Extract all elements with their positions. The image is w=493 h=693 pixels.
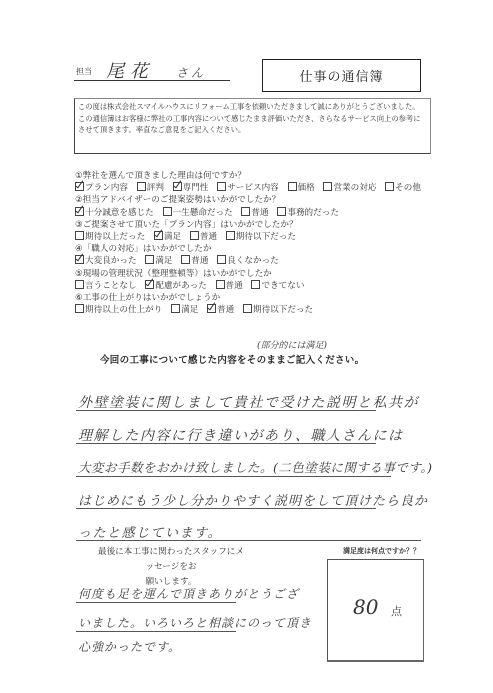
option-label: 営業の対応 bbox=[333, 183, 376, 193]
option[interactable]: プラン内容 bbox=[75, 182, 128, 194]
option[interactable]: その他 bbox=[385, 182, 421, 194]
checkbox[interactable] bbox=[75, 231, 84, 240]
option[interactable]: 普通 bbox=[190, 231, 217, 243]
option-label: 満足 bbox=[164, 232, 181, 242]
intro-line: この通信簿はお客様に弊社の工事内容について感じたまま評価いただき、さらなるサービ… bbox=[78, 113, 427, 125]
question-6: ⑥工事の仕上がりはいかがでしょうか bbox=[75, 292, 427, 304]
intro-box: この度は株式会社スマイルハウスにリフォーム工事を依頼いただきまして誠にありがとう… bbox=[74, 98, 431, 154]
staff-message-prompt: 最後に本工事に関わったスタッフにメッセージをお 願いします。 bbox=[96, 545, 246, 590]
question-2: ②担当アドバイザーのご提案姿勢はいかがでしたか？ bbox=[75, 194, 427, 206]
comment-underline bbox=[76, 476, 391, 477]
satisfaction-label: 満足度は何点ですか？？ bbox=[343, 546, 420, 556]
option[interactable]: 期待以上だった bbox=[75, 231, 145, 243]
checkbox-checked[interactable] bbox=[145, 280, 154, 289]
question-4-options: 大変良かった 満足 普通 良くなかった bbox=[75, 255, 427, 267]
checkbox[interactable] bbox=[385, 182, 394, 191]
option[interactable]: 期待以上の仕上がり bbox=[75, 304, 162, 316]
comment-line[interactable]: 理解した内容に行き違いがあり、職人さんには bbox=[78, 425, 404, 445]
satisfaction-unit: 点 bbox=[391, 603, 402, 619]
checkbox[interactable] bbox=[277, 207, 286, 216]
option-label: 満足 bbox=[155, 256, 172, 266]
option-label: プラン内容 bbox=[85, 183, 128, 193]
option-label: 評判 bbox=[147, 183, 164, 193]
checkbox-checked[interactable] bbox=[75, 182, 84, 191]
question-3-options: 期待以上だった 満足 普通 期待以下だった bbox=[75, 231, 427, 243]
survey-questions: ①弊社を選んで頂きました理由は何ですか？ プラン内容 評判 専門性 サービス内容… bbox=[75, 170, 427, 316]
option[interactable]: 評判 bbox=[137, 182, 164, 194]
option[interactable]: 普通 bbox=[207, 304, 234, 316]
option-label: 期待以上だった bbox=[85, 232, 145, 242]
option[interactable]: 一生懸命だった bbox=[163, 207, 233, 219]
option-label: 一生懸命だった bbox=[173, 208, 233, 218]
question-2-options: 十分誠意を感じた 一生懸命だった 普通 事務的だった bbox=[75, 207, 427, 219]
message-line[interactable]: 心強かったです。 bbox=[78, 638, 181, 655]
checkbox[interactable] bbox=[288, 182, 297, 191]
option[interactable]: 期待以下だった bbox=[243, 304, 313, 316]
option-label: 事務的だった bbox=[287, 208, 339, 218]
option-label: 十分誠意を感じた bbox=[85, 208, 154, 218]
option[interactable]: 良くなかった bbox=[217, 255, 279, 267]
checkbox[interactable] bbox=[137, 182, 146, 191]
option-label: サービス内容 bbox=[227, 183, 279, 193]
question-3: ③ご提案させて頂いた「プラン内容」はいかがでしたか？ bbox=[75, 219, 427, 231]
option-label: できてない bbox=[261, 281, 304, 291]
option[interactable]: できてない bbox=[251, 280, 304, 292]
option[interactable]: サービス内容 bbox=[217, 182, 279, 194]
option[interactable]: 営業の対応 bbox=[323, 182, 376, 194]
option[interactable]: 専門性 bbox=[173, 182, 209, 194]
message-line[interactable]: 何度も足を運んで頂きありがとうござ bbox=[78, 585, 299, 602]
option[interactable]: 十分誠意を感じた bbox=[75, 207, 154, 219]
checkbox[interactable] bbox=[171, 304, 180, 313]
staff-label: 担当 bbox=[76, 66, 92, 77]
question-6-options: 期待以上の仕上がり 満足 普通 期待以下だった bbox=[75, 304, 427, 316]
comment-line[interactable]: 大変お手数をおかけ致しました。(二色塗装に関する事です。) bbox=[78, 458, 433, 476]
option[interactable]: 事務的だった bbox=[277, 207, 339, 219]
option[interactable]: 満足 bbox=[145, 255, 172, 267]
question-5: ⑤現場の管理状況（整理整頓等）はいかがでしたか bbox=[75, 268, 427, 280]
option-label: その他 bbox=[395, 183, 421, 193]
checkbox[interactable] bbox=[190, 231, 199, 240]
option-label: 大変良かった bbox=[85, 256, 137, 266]
checkbox-checked[interactable] bbox=[75, 207, 84, 216]
comment-line[interactable]: 外壁塗装に関しまして貴社で受けた説明と私共が bbox=[78, 392, 419, 412]
option[interactable]: 価格 bbox=[288, 182, 315, 194]
option-label: 良くなかった bbox=[227, 256, 279, 266]
checkbox[interactable] bbox=[243, 304, 252, 313]
option[interactable]: 普通 bbox=[241, 207, 268, 219]
checkbox[interactable] bbox=[181, 255, 190, 264]
option[interactable]: 普通 bbox=[181, 255, 208, 267]
checkbox[interactable] bbox=[251, 280, 260, 289]
message-underline bbox=[76, 602, 236, 603]
question-5-options: 言うことなし 配慮があった 普通 できてない bbox=[75, 280, 427, 292]
checkbox[interactable] bbox=[323, 182, 332, 191]
checkbox[interactable] bbox=[217, 182, 226, 191]
option-label: 普通 bbox=[191, 256, 208, 266]
option-label: 期待以上の仕上がり bbox=[85, 305, 162, 315]
message-underline bbox=[76, 631, 236, 632]
question-1: ①弊社を選んで頂きました理由は何ですか？ bbox=[75, 170, 427, 182]
staff-name: 尾花 bbox=[106, 57, 154, 83]
option-label: 普通 bbox=[226, 281, 243, 291]
message-line[interactable]: いました。いろいろと相談にのって頂き bbox=[78, 614, 312, 631]
option-label: 専門性 bbox=[183, 183, 209, 193]
intro-line: させて頂きます。率直なご意見をご記入ください。 bbox=[78, 124, 427, 136]
document-title: 仕事の通信簿 bbox=[262, 59, 421, 92]
option-label: 普通 bbox=[251, 208, 268, 218]
checkbox[interactable] bbox=[226, 231, 235, 240]
comment-line[interactable]: ったと感じています。 bbox=[78, 522, 222, 541]
checkbox[interactable] bbox=[217, 255, 226, 264]
option[interactable]: 満足 bbox=[171, 304, 198, 316]
checkbox[interactable] bbox=[75, 280, 84, 289]
option-label: 配慮があった bbox=[155, 281, 206, 291]
prompt-line: 最後に本工事に関わったスタッフにメッセージをお bbox=[96, 545, 246, 575]
option[interactable]: 普通 bbox=[216, 280, 243, 292]
handwritten-note: (部分的には満足) bbox=[257, 338, 327, 351]
option-label: 普通 bbox=[200, 232, 217, 242]
document-title-text: 仕事の通信簿 bbox=[299, 66, 383, 85]
staff-suffix: さん bbox=[176, 64, 206, 81]
option[interactable]: 言うことなし bbox=[75, 280, 137, 292]
question-1-options: プラン内容 評判 専門性 サービス内容 価格 営業の対応 その他 bbox=[75, 182, 427, 194]
comments-instruction: 今回の工事について感じた内容をそのままご記入ください。 bbox=[100, 352, 364, 366]
satisfaction-score: 80 bbox=[353, 595, 378, 619]
option[interactable]: 期待以下だった bbox=[226, 231, 296, 243]
option[interactable]: 大変良かった bbox=[75, 255, 137, 267]
checkbox-checked[interactable] bbox=[173, 182, 182, 191]
option-label: 期待以下だった bbox=[253, 305, 313, 315]
checkbox[interactable] bbox=[216, 280, 225, 289]
intro-line: この度は株式会社スマイルハウスにリフォーム工事を依頼いただきまして誠にありがとう… bbox=[78, 101, 427, 113]
checkbox[interactable] bbox=[241, 207, 250, 216]
checkbox-checked[interactable] bbox=[75, 255, 84, 264]
option-label: 期待以下だった bbox=[236, 232, 296, 242]
option-label: 言うことなし bbox=[85, 281, 137, 291]
option[interactable]: 満足 bbox=[154, 231, 181, 243]
option-label: 普通 bbox=[217, 305, 234, 315]
checkbox-checked[interactable] bbox=[154, 231, 163, 240]
checkbox[interactable] bbox=[163, 207, 172, 216]
comment-line[interactable]: はじめにもう少し分かりやすく説明をして頂けたら良か bbox=[78, 490, 428, 509]
checkbox[interactable] bbox=[145, 255, 154, 264]
question-4: ④「職人の対応」はいかがでしたか bbox=[75, 243, 427, 255]
option[interactable]: 配慮があった bbox=[145, 280, 206, 292]
checkbox[interactable] bbox=[75, 304, 84, 313]
option-label: 満足 bbox=[181, 305, 198, 315]
checkbox-checked[interactable] bbox=[207, 304, 216, 313]
option-label: 価格 bbox=[298, 183, 315, 193]
